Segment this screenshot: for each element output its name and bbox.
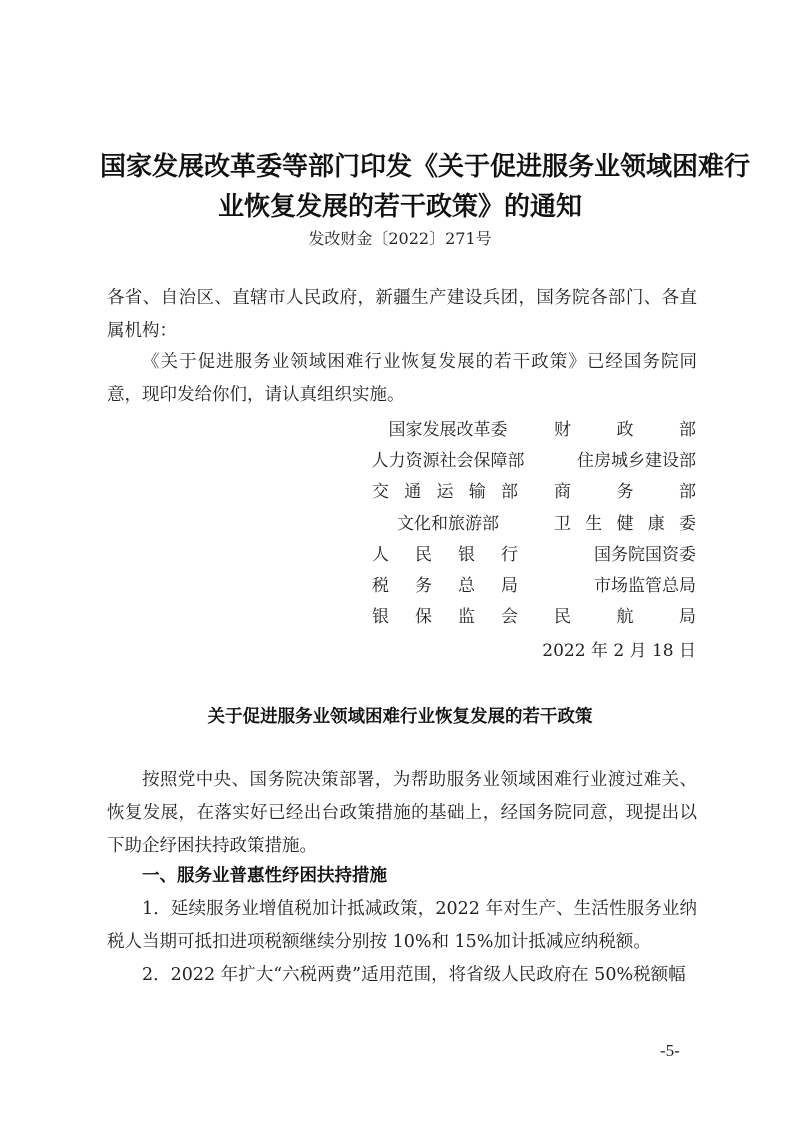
signer-char: 健 (617, 509, 634, 534)
signer-char: 局 (501, 571, 518, 596)
signer-right: 国务院国资委 (554, 540, 696, 565)
signer-char: 会 (501, 602, 518, 627)
signer-row: 人力资源社会保障部住房城乡建设部 (360, 443, 696, 474)
signer-right: 商务部 (554, 477, 696, 502)
signer-char: 民 (554, 602, 571, 627)
signer-char: 卫 (554, 509, 571, 534)
signer-left: 文化和旅游部 (360, 509, 536, 534)
document-number: 发改财金〔2022〕271号 (100, 226, 700, 249)
signer-char: 税 (372, 571, 389, 596)
signer-char: 财 (554, 415, 571, 440)
signer-right: 住房城乡建设部 (554, 446, 696, 471)
signer-char: 保 (415, 602, 432, 627)
signer-row: 国家发展改革委财政部 (360, 412, 696, 443)
page-number: -5- (660, 1041, 680, 1061)
signer-char: 部 (501, 477, 518, 502)
issue-date: 2022 年 2 月 18 日 (542, 636, 696, 661)
notice-body-paragraph: 《关于促进服务业领域困难行业恢复发展的若干政策》已经国务院同意，现印发给你们，请… (107, 346, 697, 412)
signing-departments: 国家发展改革委财政部人力资源社会保障部住房城乡建设部交通运输部商务部文化和旅游部… (360, 412, 696, 630)
signer-row: 人民银行国务院国资委 (360, 537, 696, 568)
policy-title: 关于促进服务业领域困难行业恢复发展的若干政策 (100, 703, 700, 728)
section-heading-1: 一、服务业普惠性纾困扶持措施 (142, 862, 387, 887)
signer-char: 监 (458, 602, 475, 627)
signer-row: 银保监会民航局 (360, 599, 696, 630)
document-page: 国家发展改革委等部门印发《关于促进服务业领域困难行 业恢复发展的若干政策》的通知… (0, 0, 793, 1122)
signer-char: 行 (501, 540, 518, 565)
signer-char: 总 (458, 571, 475, 596)
signer-char: 航 (617, 602, 634, 627)
signer-row: 文化和旅游部卫生健康委 (360, 506, 696, 537)
document-title-line-2: 业恢复发展的若干政策》的通知 (100, 186, 700, 223)
document-title-line-1: 国家发展改革委等部门印发《关于促进服务业领域困难行 (100, 146, 700, 183)
signer-char: 康 (648, 509, 665, 534)
addressee-paragraph: 各省、自治区、直辖市人民政府，新疆生产建设兵团，国务院各部门、各直属机构： (107, 282, 697, 348)
intro-paragraph: 按照党中央、国务院决策部署，为帮助服务业领域困难行业渡过难关、恢复发展，在落实好… (107, 764, 697, 863)
signer-char: 务 (617, 477, 634, 502)
signer-char: 务 (415, 571, 432, 596)
signer-char: 部 (679, 477, 696, 502)
policy-item-2: 2．2022 年扩大“六税两费”适用范围，将省级人民政府在 50%税额幅 (107, 959, 697, 992)
signer-char: 输 (469, 477, 486, 502)
signer-left: 人民银行 (360, 540, 536, 565)
signer-right: 市场监管总局 (554, 571, 696, 596)
signer-char: 民 (415, 540, 432, 565)
signer-row: 税务总局市场监管总局 (360, 568, 696, 599)
signer-char: 政 (617, 415, 634, 440)
signer-char: 局 (679, 602, 696, 627)
signer-right: 民航局 (554, 602, 696, 627)
signer-right: 财政部 (554, 415, 696, 440)
signer-left: 国家发展改革委 (360, 415, 536, 440)
signer-char: 委 (679, 509, 696, 534)
signer-left: 税务总局 (360, 571, 536, 596)
policy-item-1: 1．延续服务业增值税加计抵减政策，2022 年对生产、生活性服务业纳税人当期可抵… (107, 893, 697, 959)
signer-char: 运 (437, 477, 454, 502)
signer-left: 银保监会 (360, 602, 536, 627)
signer-char: 通 (404, 477, 421, 502)
signer-char: 部 (679, 415, 696, 440)
signer-left: 人力资源社会保障部 (360, 446, 536, 471)
signer-char: 银 (372, 602, 389, 627)
signer-char: 人 (372, 540, 389, 565)
signer-left: 交通运输部 (360, 477, 536, 502)
signer-char: 生 (585, 509, 602, 534)
signer-char: 交 (372, 477, 389, 502)
signer-char: 银 (458, 540, 475, 565)
signer-row: 交通运输部商务部 (360, 474, 696, 505)
signer-right: 卫生健康委 (554, 509, 696, 534)
signer-char: 商 (554, 477, 571, 502)
